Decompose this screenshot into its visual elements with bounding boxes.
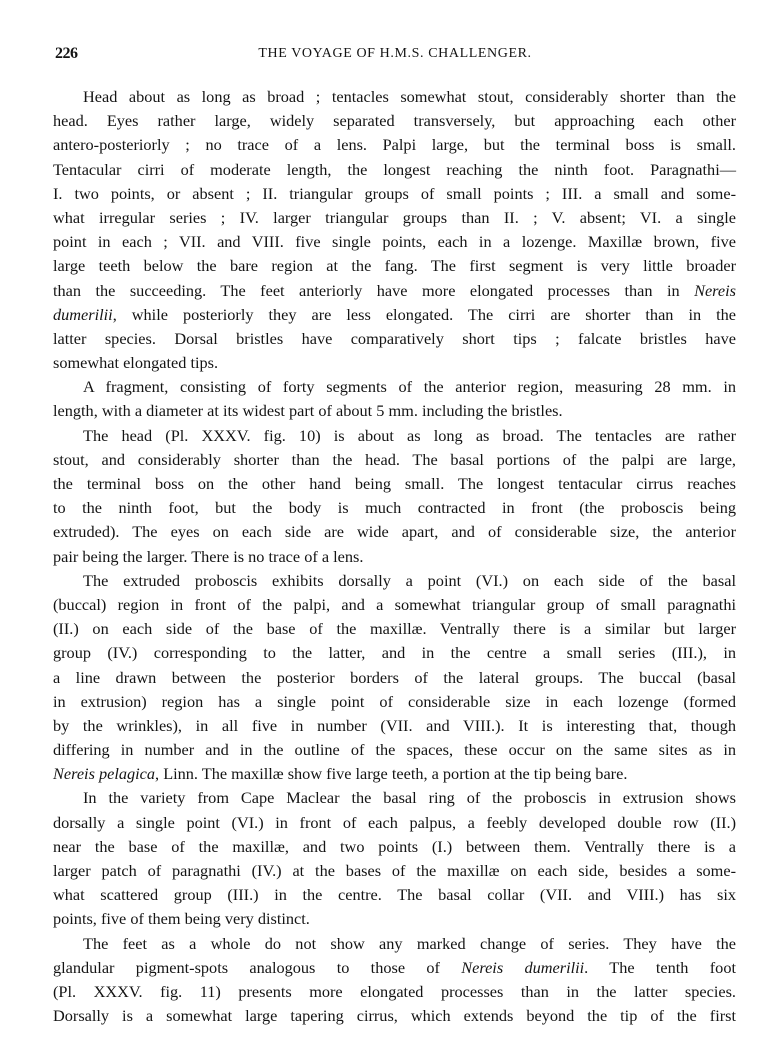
text-line: than the succeeding. The feet anteriorly… [53,279,736,303]
running-head: 226 THE VOYAGE OF H.M.S. CHALLENGER. [55,42,735,66]
body-text: Head about as long as broad ; tentacles … [53,85,736,1028]
text-line: head. Eyes rather large, widely separate… [53,109,736,133]
text-line: a line drawn between the posterior borde… [53,666,736,690]
text-line: Head about as long as broad ; tentacles … [53,85,736,109]
text-line: (Pl. XXXV. fig. 11) presents more elonga… [53,980,736,1004]
text-line: latter species. Dorsal bristles have com… [53,327,736,351]
italic-taxon: Nereis dumerilii [461,958,584,977]
text-line: Dorsally is a somewhat large tapering ci… [53,1004,736,1028]
text-line: group (IV.) corresponding to the latter,… [53,641,736,665]
paragraph: A fragment, consisting of forty segments… [53,375,736,423]
text-line: A fragment, consisting of forty segments… [53,375,736,399]
italic-taxon: Nereis pelagica [53,764,155,783]
text-line: pair being the larger. There is no trace… [53,545,736,569]
text-line: The extruded proboscis exhibits dorsally… [53,569,736,593]
text-line: In the variety from Cape Maclear the bas… [53,786,736,810]
text-line: stout, and considerably shorter than the… [53,448,736,472]
paragraph: In the variety from Cape Maclear the bas… [53,786,736,931]
text-line: The head (Pl. XXXV. fig. 10) is about as… [53,424,736,448]
text-line: glandular pigment-spots analogous to tho… [53,956,736,980]
text-line: extruded). The eyes on each side are wid… [53,520,736,544]
text-line: Nereis pelagica, Linn. The maxillæ show … [53,762,736,786]
text-line: somewhat elongated tips. [53,351,736,375]
paragraph: Head about as long as broad ; tentacles … [53,85,736,375]
text-line: near the base of the maxillæ, and two po… [53,835,736,859]
text-line: (buccal) region in front of the palpi, a… [53,593,736,617]
running-title: THE VOYAGE OF H.M.S. CHALLENGER. [55,42,735,66]
text-line: what scattered group (III.) in the centr… [53,883,736,907]
text-line: larger patch of paragnathi (IV.) at the … [53,859,736,883]
paragraph: The extruded proboscis exhibits dorsally… [53,569,736,787]
text-line: the terminal boss on the other hand bein… [53,472,736,496]
text-line: (II.) on each side of the base of the ma… [53,617,736,641]
text-line: point in each ; VII. and VIII. five sing… [53,230,736,254]
text-line: by the wrinkles), in all five in number … [53,714,736,738]
text-line: I. two points, or absent ; II. triangula… [53,182,736,206]
paragraph: The feet as a whole do not show any mark… [53,932,736,1029]
text-line: dumerilii, while posteriorly they are le… [53,303,736,327]
italic-taxon: dumerilii [53,305,113,324]
text-line: length, with a diameter at its widest pa… [53,399,736,423]
text-line: The feet as a whole do not show any mark… [53,932,736,956]
text-line: antero-posteriorly ; no trace of a lens.… [53,133,736,157]
text-line: in extrusion) region has a single point … [53,690,736,714]
text-line: points, five of them being very distinct… [53,907,736,931]
text-line: Tentacular cirri of moderate length, the… [53,158,736,182]
text-line: differing in number and in the outline o… [53,738,736,762]
document-page: 226 THE VOYAGE OF H.M.S. CHALLENGER. Hea… [0,0,776,1050]
text-line: dorsally a single point (VI.) in front o… [53,811,736,835]
text-line: large teeth below the bare region at the… [53,254,736,278]
italic-taxon: Nereis [694,281,736,300]
paragraph: The head (Pl. XXXV. fig. 10) is about as… [53,424,736,569]
text-line: to the ninth foot, but the body is much … [53,496,736,520]
text-line: what irregular series ; IV. larger trian… [53,206,736,230]
